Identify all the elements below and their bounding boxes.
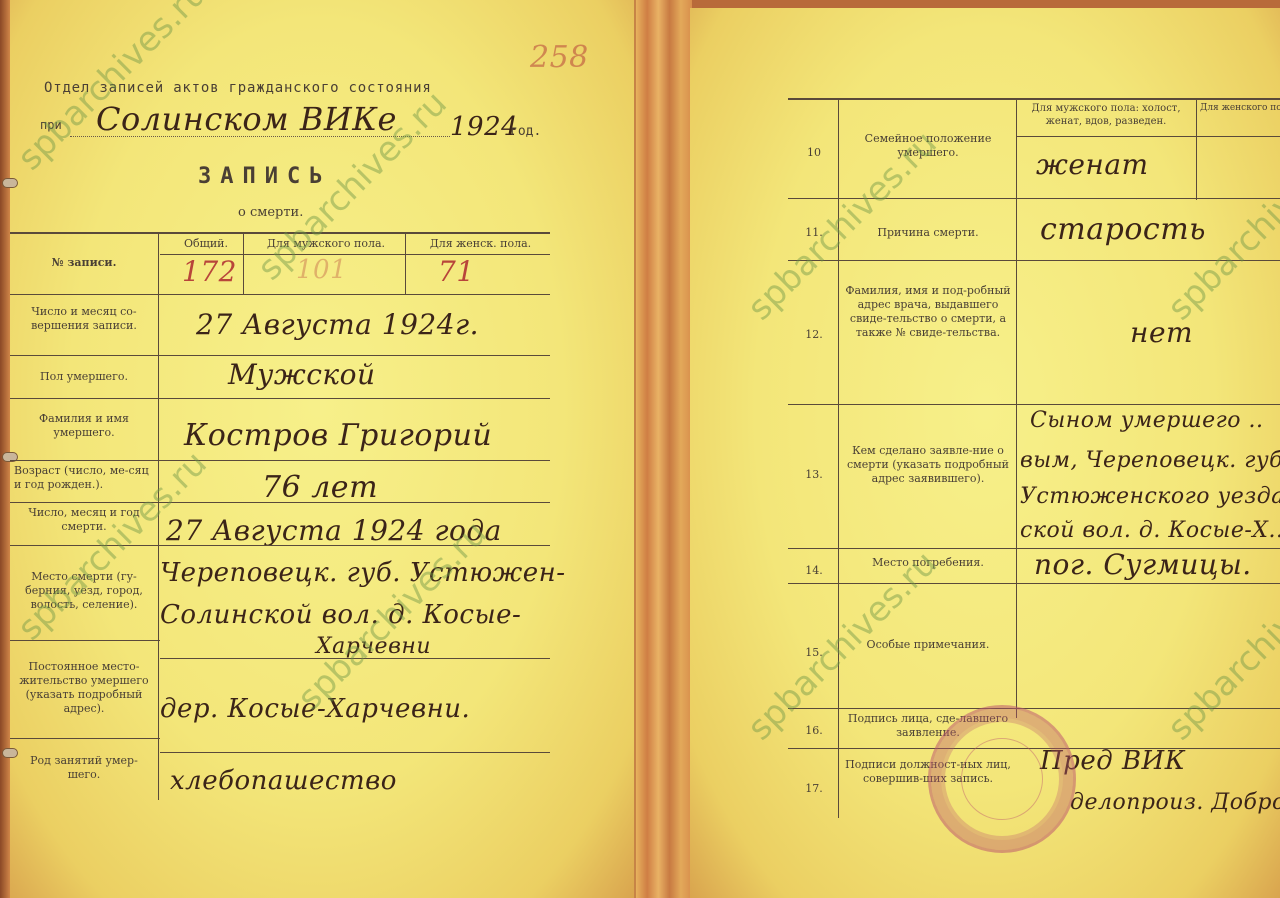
row-divider [160,752,550,753]
header-underline [1016,136,1280,137]
archival-book-spread: 258 Отдел записей актов гражданского сос… [0,0,1280,898]
row-value-name: Костров Григорий [184,418,492,453]
year-handwritten: 1924 [450,112,518,142]
row-num: 12. [794,328,834,342]
binding-edge [0,0,10,898]
row-value-residence: дер. Косые-Харчевни. [160,694,470,724]
row-divider [788,260,1280,261]
row-value-age: 76 лет [262,470,378,505]
table-top-border [788,98,1280,100]
row-value-marital: женат [1036,148,1149,181]
row-value-death-place-line3: Харчевни [316,634,431,659]
row-num: 13. [794,468,834,482]
col-male-header: Для мужского пола. [246,237,406,251]
row-divider [788,708,1280,709]
row-label-age: Возраст (число, ме-сяц и год рожден.). [14,464,154,492]
col-female-header: Для женск. пола. [408,237,553,251]
row-value-record-date: 27 Августа 1924г. [196,308,479,341]
row-label-record-date: Число и месяц со-вершения записи. [14,305,154,333]
row-value-declarant-line4: ской вол. д. Косые-Х.. [1020,518,1280,543]
row-value-doctor: нет [1130,316,1193,349]
binding-ring-icon [2,178,18,188]
row-value-death-place-line1: Череповецк. губ. Устюжен- [160,558,566,588]
official-seal-stamp [928,705,1076,853]
row-label-occupation: Род занятий умер-шего. [14,754,154,782]
row-num: 17. [794,782,834,796]
row-value-burial: пог. Сугмицы. [1034,548,1252,581]
row-divider [10,355,550,356]
row-label-sex: Пол умершего. [14,370,154,384]
authority-handwritten: Солинском ВИКе [96,100,397,138]
document-title: ЗАПИСЬ [198,164,331,189]
row-value-death-date: 27 Августа 1924 года [166,514,502,547]
row-num: 16. [794,724,834,738]
book-spine [636,0,692,898]
row-divider [10,545,550,546]
col-general-header: Общий. [172,237,240,251]
document-subtitle: о смерти. [238,205,303,220]
row-value-declarant-line3: Устюженского уезда С.. [1020,484,1280,509]
row-label-notes: Особые примечания. [842,638,1014,652]
table-top-border [10,232,550,234]
row-label-death-place: Место смерти (гу-берния, уезд, город, во… [14,570,154,612]
stamp-inner-ring [961,738,1043,820]
row-value-sex: Мужской [228,358,376,391]
label-column-divider [1016,98,1017,718]
record-male-value: 101 [296,255,347,285]
row-value-declarant-line1: Сыном умершего .. [1030,408,1264,433]
row-num: 14. [794,564,834,578]
row-label-burial: Место погребения. [842,556,1014,570]
page-number-handwritten: 258 [530,40,589,75]
record-number-label: № записи. [10,256,158,270]
row-divider [10,502,550,503]
year-suffix: год. [510,124,541,139]
male-status-header: Для мужского пола: холост, женат, вдов, … [1018,102,1194,128]
row-value-declarant-line2: вым, Череповецк. губ. [1020,448,1280,473]
row-label-residence: Постоянное место-жительство умершего (ук… [14,660,154,716]
row-num: 15. [794,646,834,660]
row-label-cause: Причина смерти. [842,226,1014,240]
row-divider [10,398,550,399]
row-num: 10 [794,146,834,160]
row-divider [788,583,1280,584]
row-label-declarant: Кем сделано заявле-ние о смерти (указать… [842,444,1014,486]
row-divider [10,294,550,295]
row-divider [788,198,1280,199]
row-label-marital: Семейное положение умершего. [842,132,1014,160]
header-line: Отдел записей актов гражданского состоян… [44,80,432,96]
record-female-value: 71 [438,255,475,288]
row-divider [10,460,550,461]
row-label-death-date: Число, месяц и год смерти. [14,506,154,534]
record-general-value: 172 [182,255,237,288]
left-page: 258 Отдел записей актов гражданского сос… [0,0,636,898]
row-divider [160,658,550,659]
pri-label: при [40,118,62,132]
num-column-divider [838,98,839,818]
female-status-header: Для женского пола: замужем, вдова, ... [1200,102,1280,115]
col-divider [243,234,244,294]
row-divider [10,640,160,641]
signature-clerk: делопроиз. Добровидов [1070,790,1280,815]
gender-column-divider [1196,100,1197,200]
row-num: 11. [794,226,834,240]
table-column-divider [158,232,159,800]
row-divider [788,404,1280,405]
row-label-name: Фамилия и имя умершего. [14,412,154,440]
col-divider [405,234,406,294]
row-divider [10,738,160,739]
row-value-occupation: хлебопашество [170,766,397,796]
row-value-cause: старость [1040,212,1206,247]
row-label-doctor: Фамилия, имя и под-робный адрес врача, в… [842,284,1014,340]
row-value-death-place-line2: Солинской вол. д. Косые- [160,600,521,630]
